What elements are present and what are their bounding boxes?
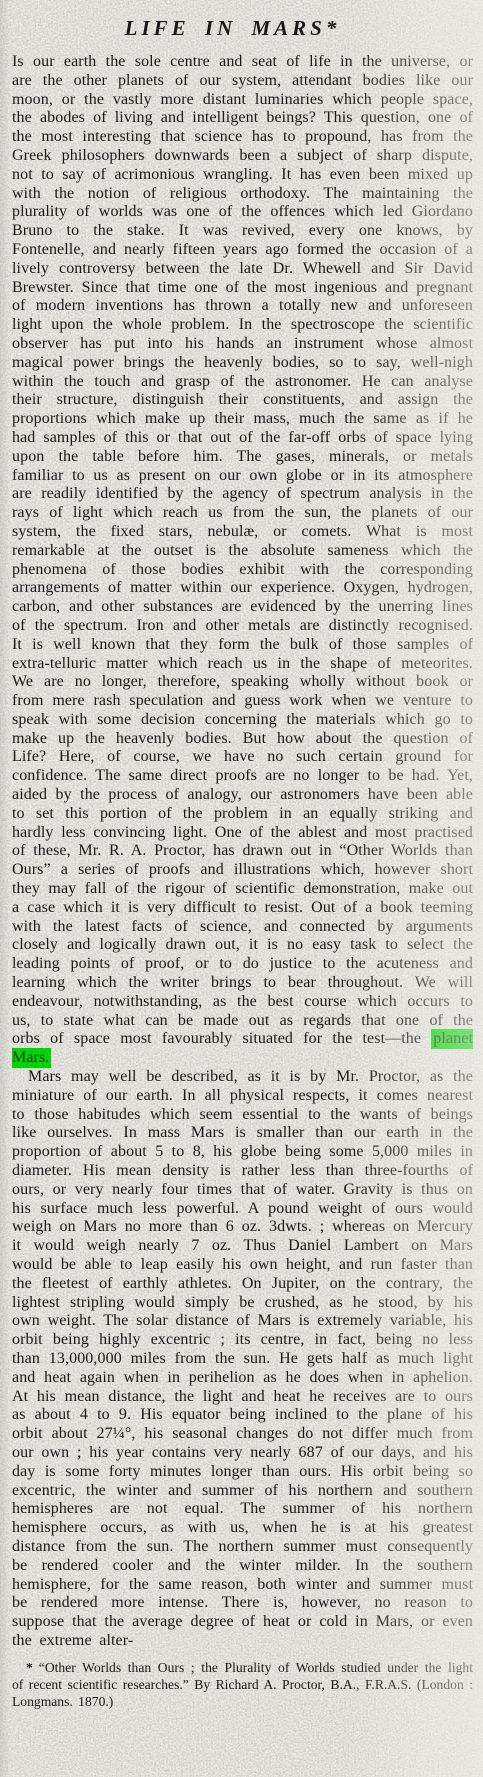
paragraph-1: Is our earth the sole centre and seat of… [12,53,473,1068]
paragraph-2: Mars may well be described, as it is by … [12,1068,473,1651]
footnote-text: “Other Worlds than Ours ; the Plurality … [12,1660,473,1709]
footnote-asterisk: * [26,1659,33,1676]
scanned-page: LIFE IN MARS* Is our earth the sole cent… [0,0,483,1777]
left-edge-scan-shadow [0,0,10,1777]
article-title: LIFE IN MARS* [12,16,453,41]
paragraph-1-text: Is our earth the sole centre and seat of… [12,53,473,1047]
footnote: *“Other Worlds than Ours ; the Plurality… [12,1659,473,1711]
